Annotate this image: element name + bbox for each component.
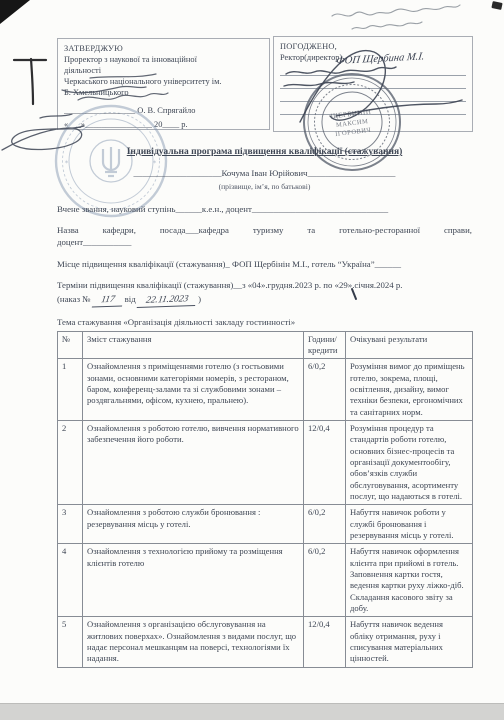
approve-org-line1: Черкаського національного університету і…	[64, 76, 263, 87]
trainee-name-line: ____________________Кочума Іван Юрійович…	[57, 168, 472, 179]
row-results: Набуття навичок роботи у службі бронюван…	[346, 505, 473, 544]
row-hours: 6/0,2	[304, 544, 346, 617]
row-num: 2	[58, 420, 83, 504]
row-results: Розуміння процедур та стандартів роботи …	[346, 420, 473, 504]
terms-line: Терміни підвищення кваліфікації (стажува…	[57, 280, 472, 291]
document-title: Індивідуальна програма підвищення кваліф…	[57, 146, 472, 158]
scan-corner-artifact	[0, 0, 30, 24]
row-hours: 12/0,4	[304, 420, 346, 504]
ruled-line	[280, 76, 466, 89]
department-line-2: доцент___________	[57, 237, 472, 248]
table-row: 4 Ознайомлення з технологією прийому та …	[58, 544, 473, 617]
row-num: 3	[58, 505, 83, 544]
order-line: (наказ № 117 від 22.11.2023 )	[57, 294, 472, 307]
table-row: 2 Ознайомлення з роботою готелю, вивченн…	[58, 420, 473, 504]
approve-title: ЗАТВЕРДЖУЮ	[64, 43, 263, 54]
ruled-line	[280, 102, 466, 115]
order-suffix: )	[198, 294, 201, 304]
row-content: Ознайомлення з організацією обслуговуван…	[83, 617, 304, 667]
col-header-num: №	[58, 331, 83, 359]
pen-t-mark	[14, 59, 46, 104]
row-num: 5	[58, 617, 83, 667]
approve-signature-line: _________________ О. В. Спрягайло	[64, 105, 263, 116]
place-line: Місце підвищення кваліфікації (стажуванн…	[57, 259, 472, 270]
order-prefix: (наказ №	[57, 294, 91, 304]
name-hint: (прізвище, ім’я, по батькові)	[57, 182, 472, 192]
row-results: Набуття навичок ведення обліку отримання…	[346, 617, 473, 667]
degree-line: Вчене звання, науковий ступінь______к.е.…	[57, 204, 472, 215]
order-mid: від	[125, 294, 136, 304]
col-header-content: Зміст стажування	[83, 331, 304, 359]
scan-speck-artifact	[491, 1, 502, 10]
row-content: Ознайомлення з роботою готелю, вивчення …	[83, 420, 304, 504]
row-hours: 6/0,2	[304, 359, 346, 421]
table-row: 1 Ознайомлення з приміщеннями готелю (з …	[58, 359, 473, 421]
document-body: Індивідуальна програма підвищення кваліф…	[57, 146, 472, 668]
table-row: 3 Ознайомлення з роботою служби бронюван…	[58, 505, 473, 544]
approve-date-line: «___»________________ 20____ р.	[64, 119, 263, 130]
scanner-edge-band	[0, 703, 504, 720]
approve-org-line2: Б. Хмельницького	[64, 87, 263, 98]
row-content: Ознайомлення з технологією прийому та ро…	[83, 544, 304, 617]
col-header-results: Очікувані результати	[346, 331, 473, 359]
approval-block: ЗАТВЕРДЖУЮ Проректор з наукової та іннов…	[57, 38, 270, 130]
row-results: Набуття навичок оформлення клієнта при п…	[346, 544, 473, 617]
row-content: Ознайомлення з роботою служби бронювання…	[83, 505, 304, 544]
approve-role-line2: діяльності	[64, 65, 263, 76]
scanned-document-page: ЗАТВЕРДЖУЮ Проректор з наукової та іннов…	[0, 0, 504, 720]
row-num: 4	[58, 544, 83, 617]
row-hours: 6/0,2	[304, 505, 346, 544]
department-line-1: Назва кафедри, посада___кафедра туризму …	[57, 225, 472, 236]
row-results: Розуміння вимог до приміщень готелю, зок…	[346, 359, 473, 421]
pencil-note	[332, 5, 460, 29]
internship-program-table: № Зміст стажування Години/ кредити Очіку…	[57, 331, 473, 668]
ruled-line	[280, 89, 466, 102]
theme-line: Тема стажування «Організація діяльності …	[57, 317, 472, 328]
row-content: Ознайомлення з приміщеннями готелю (з го…	[83, 359, 304, 421]
table-header-row: № Зміст стажування Години/ кредити Очіку…	[58, 331, 473, 359]
table-row: 5 Ознайомлення з організацією обслуговув…	[58, 617, 473, 667]
order-date-handwritten: 22.11.2023	[137, 293, 198, 308]
approve-role-line1: Проректор з наукової та інноваційної	[64, 54, 263, 65]
row-num: 1	[58, 359, 83, 421]
agreement-block: ПОГОДЖЕНО, Ректор(директор) ФОП Щербина …	[273, 36, 473, 132]
col-header-hours: Години/ кредити	[304, 331, 346, 359]
order-number-handwritten: 117	[92, 293, 124, 307]
row-hours: 12/0,4	[304, 617, 346, 667]
